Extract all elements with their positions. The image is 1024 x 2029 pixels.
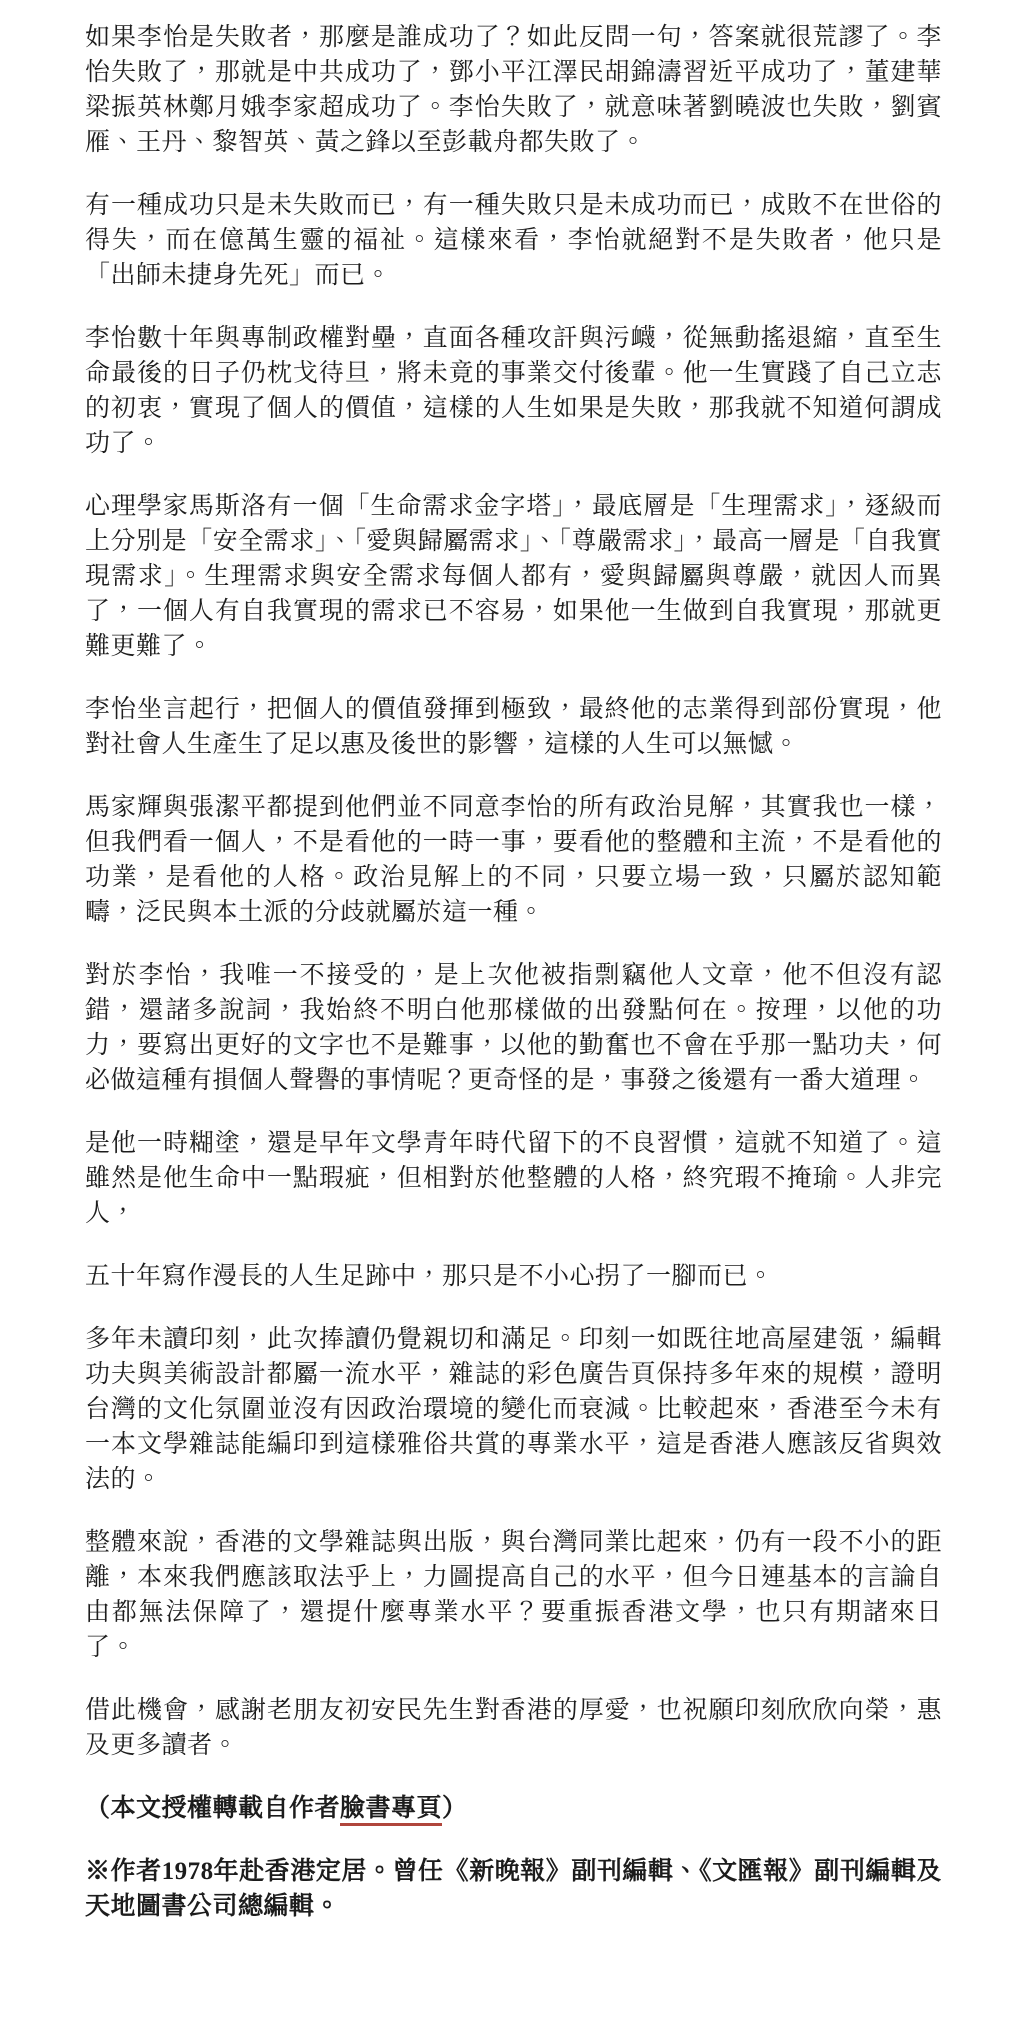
article-paragraph: 五十年寫作漫長的人生足跡中，那只是不小心拐了一腳而已。 [85,1259,942,1294]
facebook-page-link[interactable]: 臉書專頁 [340,1795,442,1826]
article-paragraph: 整體來說，香港的文學雜誌與出版，與台灣同業比起來，仍有一段不小的距離，本來我們應… [85,1525,942,1665]
article-paragraph: 有一種成功只是未失敗而已，有一種失敗只是未成功而已，成敗不在世俗的得失，而在億萬… [85,188,942,293]
attribution-prefix: （本文授權轉載自作者 [85,1795,340,1822]
article-paragraph: 如果李怡是失敗者，那麼是誰成功了？如此反問一句，答案就很荒謬了。李怡失敗了，那就… [85,20,942,160]
article-paragraph: 借此機會，感謝老朋友初安民先生對香港的厚愛，也祝願印刻欣欣向榮，惠及更多讀者。 [85,1693,942,1763]
article-paragraph: 馬家輝與張潔平都提到他們並不同意李怡的所有政治見解，其實我也一樣，但我們看一個人… [85,790,942,930]
article-paragraph: 李怡數十年與專制政權對壘，直面各種攻訐與污衊，從無動搖退縮，直至生命最後的日子仍… [85,321,942,461]
attribution-line: （本文授權轉載自作者臉書專頁） [85,1791,942,1826]
article-paragraph: 對於李怡，我唯一不接受的，是上次他被指剽竊他人文章，他不但沒有認錯，還諸多說詞，… [85,958,942,1098]
article-body: 如果李怡是失敗者，那麼是誰成功了？如此反問一句，答案就很荒謬了。李怡失敗了，那就… [85,20,942,1924]
article-paragraph: 心理學家馬斯洛有一個「生命需求金字塔」，最底層是「生理需求」，逐級而上分別是「安… [85,489,942,664]
article-paragraph: 多年未讀印刻，此次捧讀仍覺親切和滿足。印刻一如既往地高屋建瓴，編輯功夫與美術設計… [85,1322,942,1497]
article-paragraph: 是他一時糊塗，還是早年文學青年時代留下的不良習慣，這就不知道了。這雖然是他生命中… [85,1126,942,1231]
author-note: ※作者1978年赴香港定居。曾任《新晚報》副刊編輯、《文匯報》副刊編輯及天地圖書… [85,1854,942,1924]
article-page: 如果李怡是失敗者，那麼是誰成功了？如此反問一句，答案就很荒謬了。李怡失敗了，那就… [0,0,1024,2029]
article-paragraph: 李怡坐言起行，把個人的價值發揮到極致，最終他的志業得到部份實現，他對社會人生產生… [85,692,942,762]
attribution-suffix: ） [442,1795,468,1822]
